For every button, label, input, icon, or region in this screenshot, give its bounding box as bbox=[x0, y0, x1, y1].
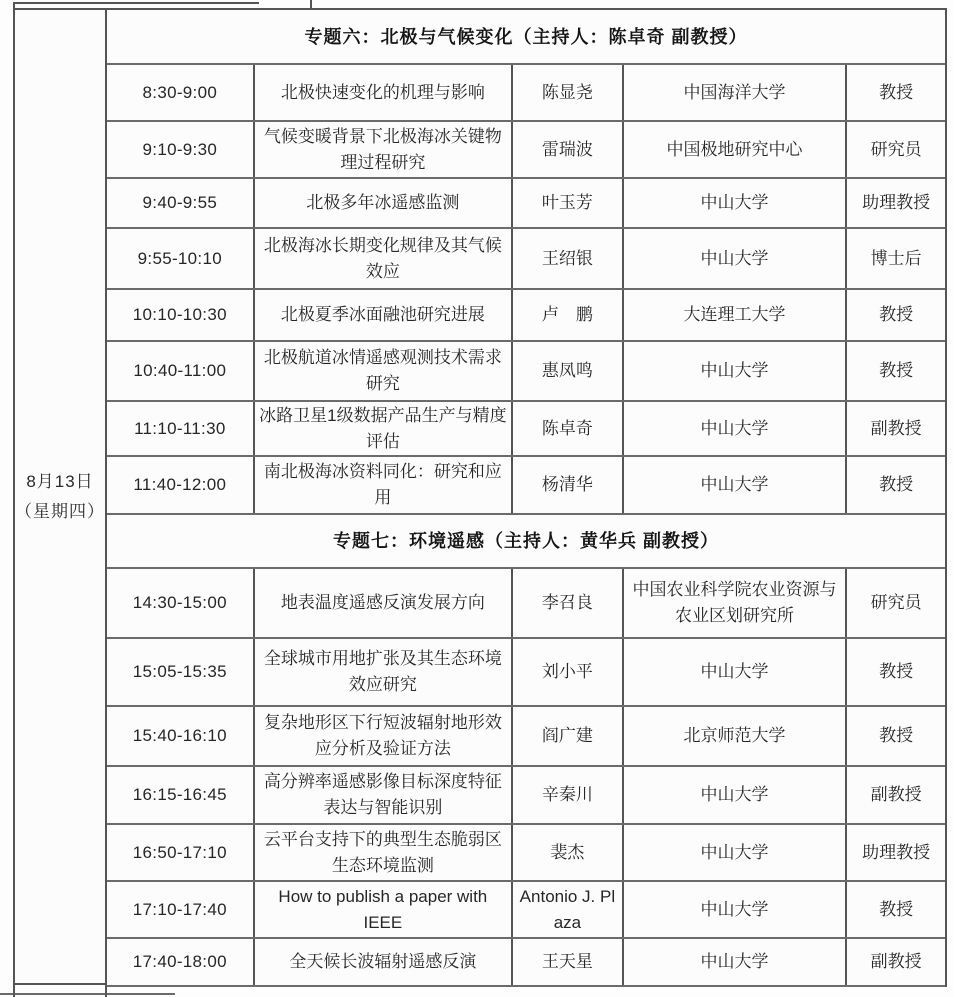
speaker-cell: 雷瑞波 bbox=[511, 122, 622, 177]
position-cell: 教授 bbox=[845, 65, 945, 120]
speaker-cell: 杨清华 bbox=[511, 457, 622, 513]
institution-cell: 中国农业科学院农业资源与农业区划研究所 bbox=[622, 569, 845, 637]
time-cell: 16:50-17:10 bbox=[107, 825, 253, 880]
table-row: 9:55-10:10 北极海冰长期变化规律及其气候效应 王绍银 中山大学 博士后 bbox=[107, 229, 945, 290]
table-row: 16:50-17:10 云平台支持下的典型生态脆弱区生态环境监测 裴杰 中山大学… bbox=[107, 825, 945, 882]
speaker-cell: 叶玉芳 bbox=[511, 179, 622, 227]
time-cell: 11:10-11:30 bbox=[107, 402, 253, 455]
talk-title-cell: 南北极海冰资料同化：研究和应用 bbox=[253, 457, 511, 513]
institution-cell: 中山大学 bbox=[622, 882, 845, 937]
position-cell: 研究员 bbox=[845, 122, 945, 177]
speaker-cell: 惠凤鸣 bbox=[511, 342, 622, 400]
institution-cell: 中山大学 bbox=[622, 639, 845, 705]
schedule-table: 专题六：北极与气候变化（主持人：陈卓奇 副教授） 8:30-9:00 北极快速变… bbox=[107, 8, 947, 987]
partial-row-divider-bottom bbox=[0, 993, 175, 995]
talk-title-cell: 冰路卫星1级数据产品生产与精度评估 bbox=[253, 402, 511, 455]
talk-title-cell: How to publish a paper with IEEE bbox=[253, 882, 511, 937]
session-7-header: 专题七：环境遥感（主持人：黄华兵 副教授） bbox=[107, 515, 945, 567]
institution-cell: 中山大学 bbox=[622, 939, 845, 985]
table-row: 10:10-10:30 北极夏季冰面融池研究进展 卢 鹏 大连理工大学 教授 bbox=[107, 290, 945, 342]
speaker-cell: 陈显尧 bbox=[511, 65, 622, 120]
date-text: 8月13日 bbox=[26, 467, 93, 497]
table-row: 15:05-15:35 全球城市用地扩张及其生态环境效应研究 刘小平 中山大学 … bbox=[107, 639, 945, 707]
time-cell: 15:40-16:10 bbox=[107, 707, 253, 765]
speaker-cell: Antonio J. Plaza bbox=[511, 882, 622, 937]
time-cell: 16:15-16:45 bbox=[107, 767, 253, 823]
speaker-cell: 卢 鹏 bbox=[511, 290, 622, 340]
speaker-cell: 王天星 bbox=[511, 939, 622, 985]
position-cell: 助理教授 bbox=[845, 825, 945, 880]
institution-cell: 中国极地研究中心 bbox=[622, 122, 845, 177]
weekday-text: （星期四） bbox=[15, 497, 105, 527]
time-cell: 17:40-18:00 bbox=[107, 939, 253, 985]
table-row: 16:15-16:45 高分辨率遥感影像目标深度特征表达与智能识别 辛秦川 中山… bbox=[107, 767, 945, 825]
date-cell: 8月13日 （星期四） bbox=[13, 8, 107, 985]
speaker-cell: 刘小平 bbox=[511, 639, 622, 705]
position-cell: 教授 bbox=[845, 882, 945, 937]
time-cell: 11:40-12:00 bbox=[107, 457, 253, 513]
position-cell: 教授 bbox=[845, 290, 945, 340]
table-row: 8:30-9:00 北极快速变化的机理与影响 陈显尧 中国海洋大学 教授 bbox=[107, 65, 945, 122]
partial-row-divider-top bbox=[13, 2, 259, 4]
institution-cell: 中山大学 bbox=[622, 767, 845, 823]
speaker-cell: 陈卓奇 bbox=[511, 402, 622, 455]
table-row: 9:40-9:55 北极多年冰遥感监测 叶玉芳 中山大学 助理教授 bbox=[107, 179, 945, 229]
session-6-header: 专题六：北极与气候变化（主持人：陈卓奇 副教授） bbox=[107, 10, 945, 63]
table-row: 17:10-17:40 How to publish a paper with … bbox=[107, 882, 945, 939]
institution-cell: 中山大学 bbox=[622, 457, 845, 513]
position-cell: 教授 bbox=[845, 342, 945, 400]
time-cell: 9:40-9:55 bbox=[107, 179, 253, 227]
position-cell: 副教授 bbox=[845, 767, 945, 823]
speaker-cell: 阎广建 bbox=[511, 707, 622, 765]
institution-cell: 大连理工大学 bbox=[622, 290, 845, 340]
talk-title-cell: 北极多年冰遥感监测 bbox=[253, 179, 511, 227]
talk-title-cell: 北极夏季冰面融池研究进展 bbox=[253, 290, 511, 340]
table-row: 14:30-15:00 地表温度遥感反演发展方向 李召良 中国农业科学院农业资源… bbox=[107, 569, 945, 639]
schedule-page: 8月13日 （星期四） 专题六：北极与气候变化（主持人：陈卓奇 副教授） 8:3… bbox=[0, 0, 954, 997]
table-row: 9:10-9:30 气候变暖背景下北极海冰关键物理过程研究 雷瑞波 中国极地研究… bbox=[107, 122, 945, 179]
talk-title-cell: 全天候长波辐射遥感反演 bbox=[253, 939, 511, 985]
institution-cell: 中山大学 bbox=[622, 179, 845, 227]
speaker-cell: 裴杰 bbox=[511, 825, 622, 880]
time-cell: 10:40-11:00 bbox=[107, 342, 253, 400]
partial-column-stub-bottom-left bbox=[13, 985, 15, 997]
time-cell: 9:10-9:30 bbox=[107, 122, 253, 177]
session-header-row: 专题七：环境遥感（主持人：黄华兵 副教授） bbox=[107, 515, 945, 569]
time-cell: 9:55-10:10 bbox=[107, 229, 253, 288]
position-cell: 教授 bbox=[845, 457, 945, 513]
speaker-cell: 王绍银 bbox=[511, 229, 622, 288]
position-cell: 副教授 bbox=[845, 939, 945, 985]
institution-cell: 北京师范大学 bbox=[622, 707, 845, 765]
time-cell: 17:10-17:40 bbox=[107, 882, 253, 937]
position-cell: 教授 bbox=[845, 707, 945, 765]
position-cell: 助理教授 bbox=[845, 179, 945, 227]
time-cell: 15:05-15:35 bbox=[107, 639, 253, 705]
position-cell: 教授 bbox=[845, 639, 945, 705]
table-row: 15:40-16:10 复杂地形区下行短波辐射地形效应分析及验证方法 阎广建 北… bbox=[107, 707, 945, 767]
table-row: 11:10-11:30 冰路卫星1级数据产品生产与精度评估 陈卓奇 中山大学 副… bbox=[107, 402, 945, 457]
talk-title-cell: 复杂地形区下行短波辐射地形效应分析及验证方法 bbox=[253, 707, 511, 765]
talk-title-cell: 地表温度遥感反演发展方向 bbox=[253, 569, 511, 637]
institution-cell: 中山大学 bbox=[622, 402, 845, 455]
institution-cell: 中山大学 bbox=[622, 342, 845, 400]
speaker-cell: 辛秦川 bbox=[511, 767, 622, 823]
time-cell: 14:30-15:00 bbox=[107, 569, 253, 637]
talk-title-cell: 全球城市用地扩张及其生态环境效应研究 bbox=[253, 639, 511, 705]
table-row: 11:40-12:00 南北极海冰资料同化：研究和应用 杨清华 中山大学 教授 bbox=[107, 457, 945, 515]
time-cell: 8:30-9:00 bbox=[107, 65, 253, 120]
talk-title-cell: 北极海冰长期变化规律及其气候效应 bbox=[253, 229, 511, 288]
talk-title-cell: 高分辨率遥感影像目标深度特征表达与智能识别 bbox=[253, 767, 511, 823]
position-cell: 研究员 bbox=[845, 569, 945, 637]
talk-title-cell: 气候变暖背景下北极海冰关键物理过程研究 bbox=[253, 122, 511, 177]
talk-title-cell: 云平台支持下的典型生态脆弱区生态环境监测 bbox=[253, 825, 511, 880]
institution-cell: 中山大学 bbox=[622, 229, 845, 288]
table-row: 17:40-18:00 全天候长波辐射遥感反演 王天星 中山大学 副教授 bbox=[107, 939, 945, 987]
partial-column-stub-top bbox=[310, 0, 312, 8]
speaker-cell: 李召良 bbox=[511, 569, 622, 637]
time-cell: 10:10-10:30 bbox=[107, 290, 253, 340]
institution-cell: 中国海洋大学 bbox=[622, 65, 845, 120]
table-row: 10:40-11:00 北极航道冰情遥感观测技术需求研究 惠凤鸣 中山大学 教授 bbox=[107, 342, 945, 402]
talk-title-cell: 北极快速变化的机理与影响 bbox=[253, 65, 511, 120]
talk-title-cell: 北极航道冰情遥感观测技术需求研究 bbox=[253, 342, 511, 400]
institution-cell: 中山大学 bbox=[622, 825, 845, 880]
position-cell: 副教授 bbox=[845, 402, 945, 455]
session-header-row: 专题六：北极与气候变化（主持人：陈卓奇 副教授） bbox=[107, 10, 945, 65]
position-cell: 博士后 bbox=[845, 229, 945, 288]
